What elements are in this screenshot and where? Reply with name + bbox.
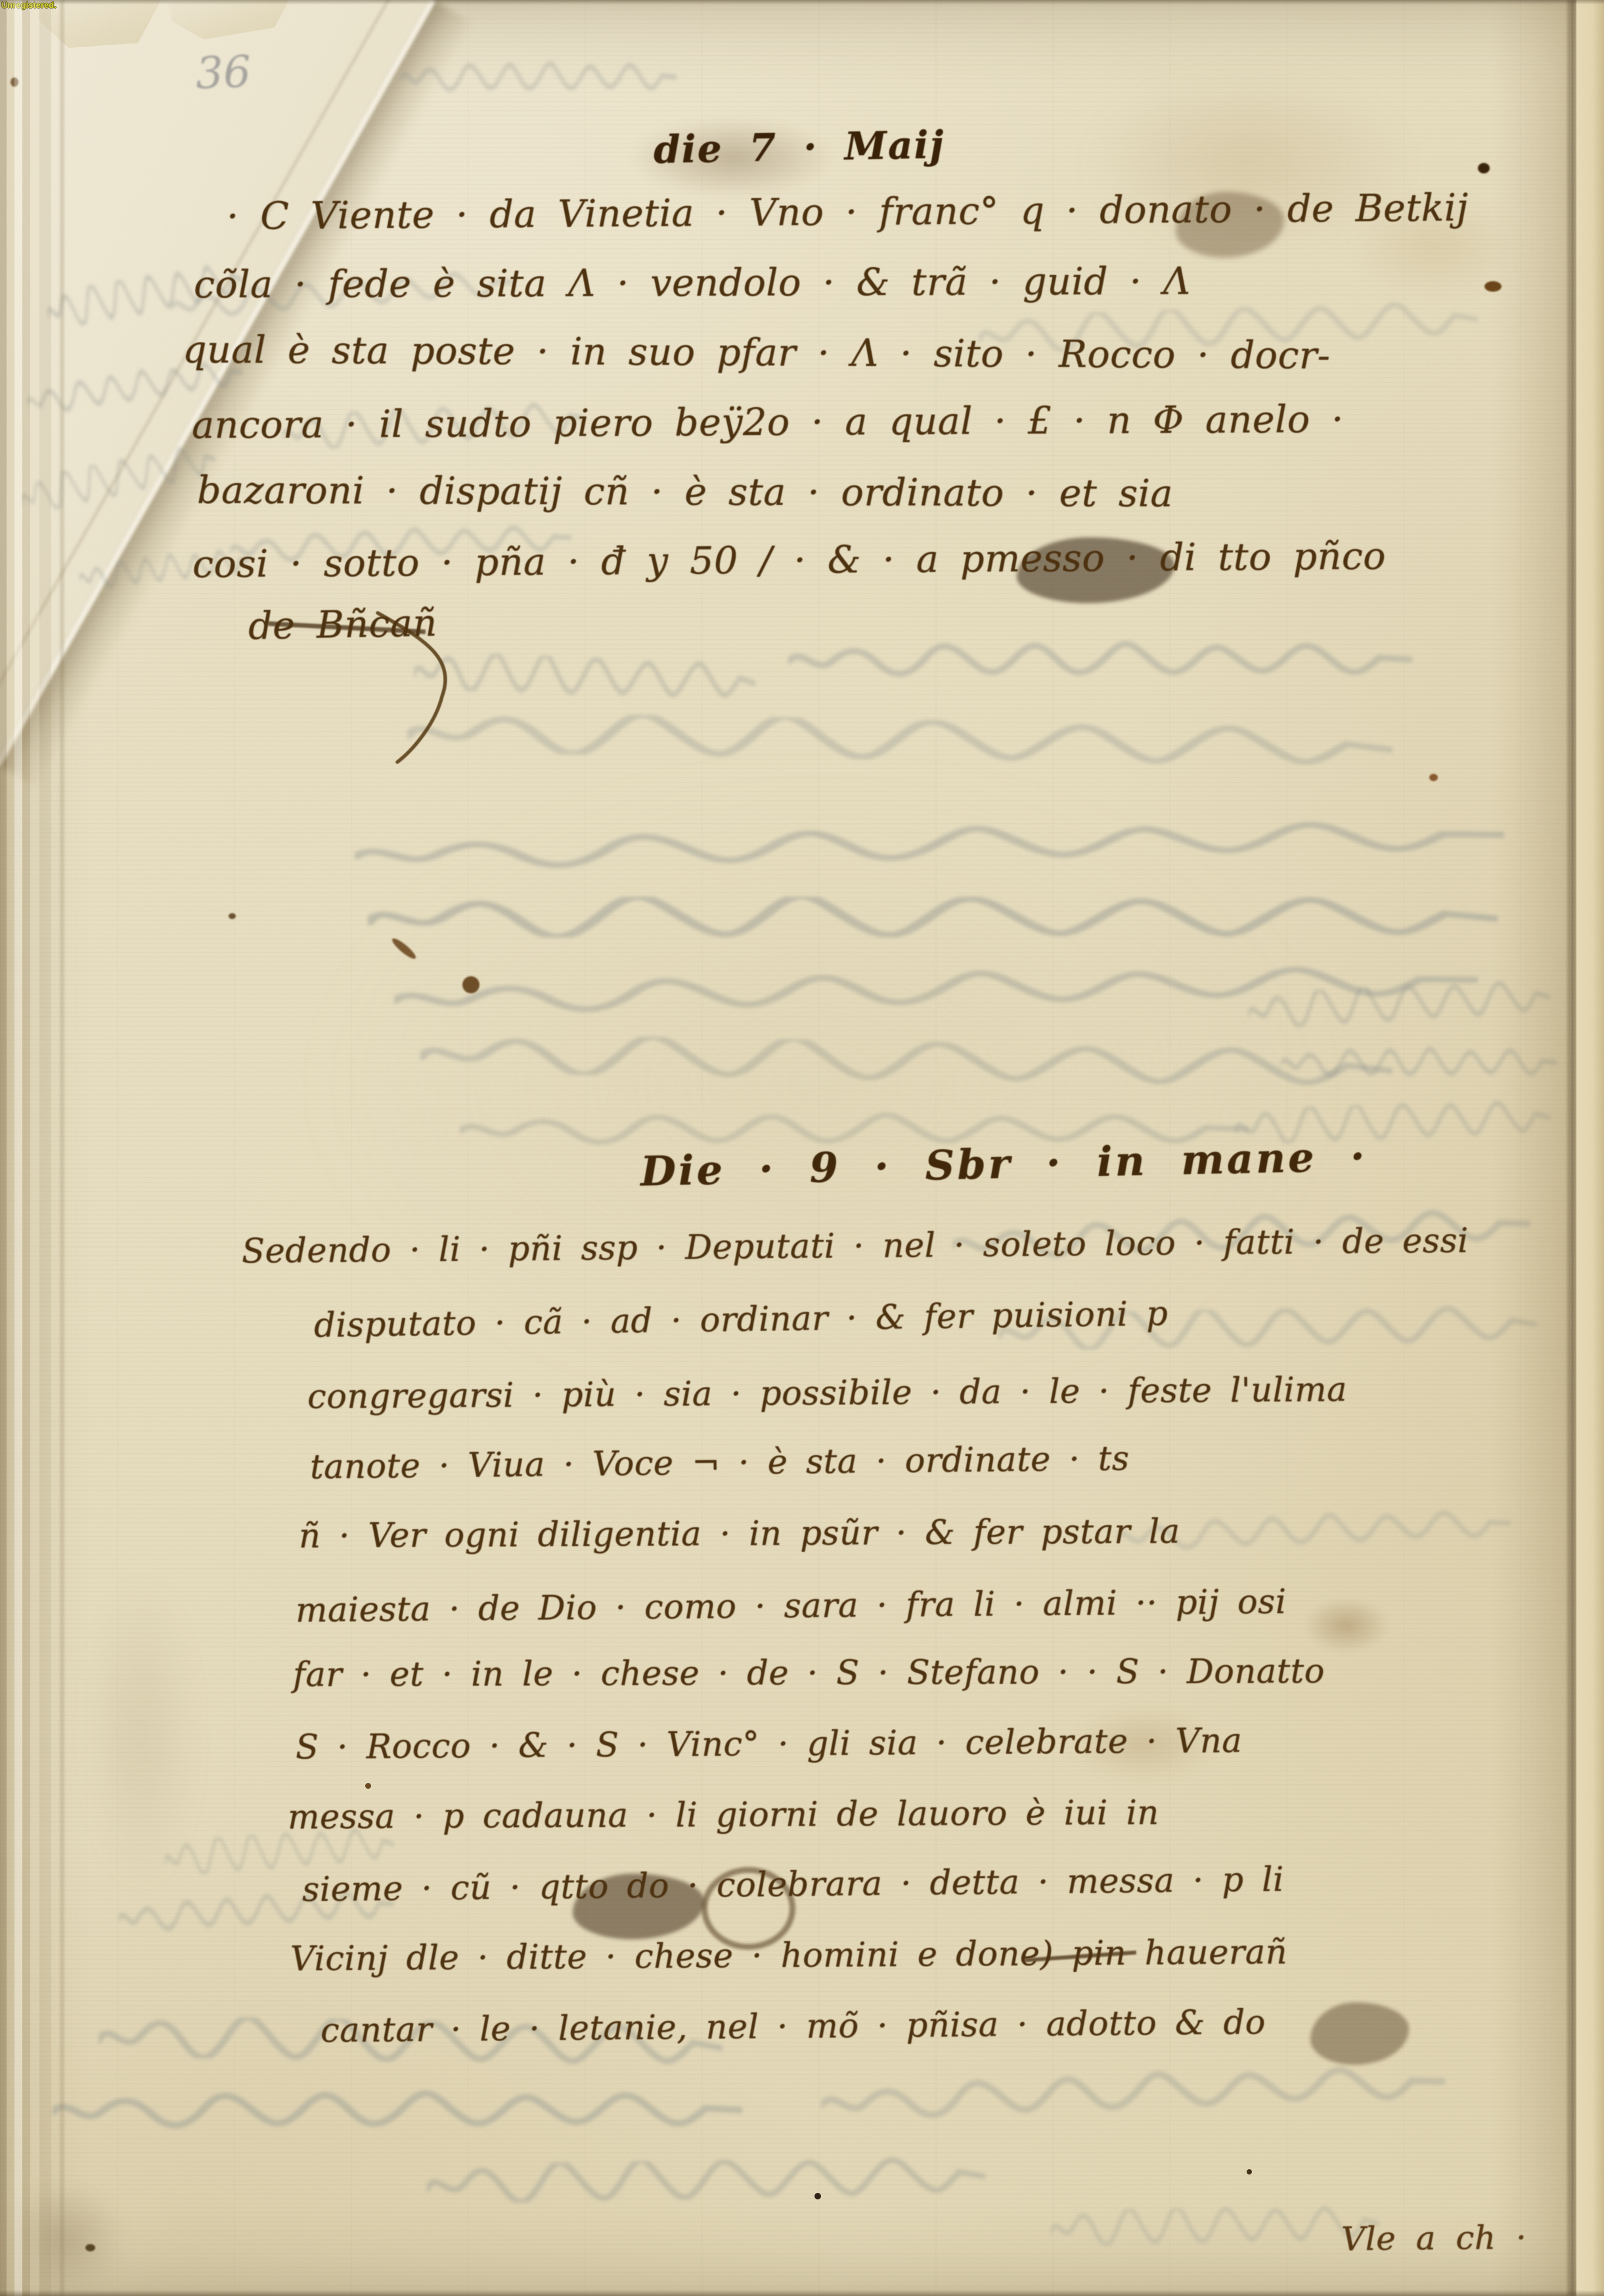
paper-grain-overlay <box>0 0 1604 2296</box>
manuscript-scan: 36 Unregistered. die 7 · Maij · C Viente… <box>0 0 1604 2296</box>
